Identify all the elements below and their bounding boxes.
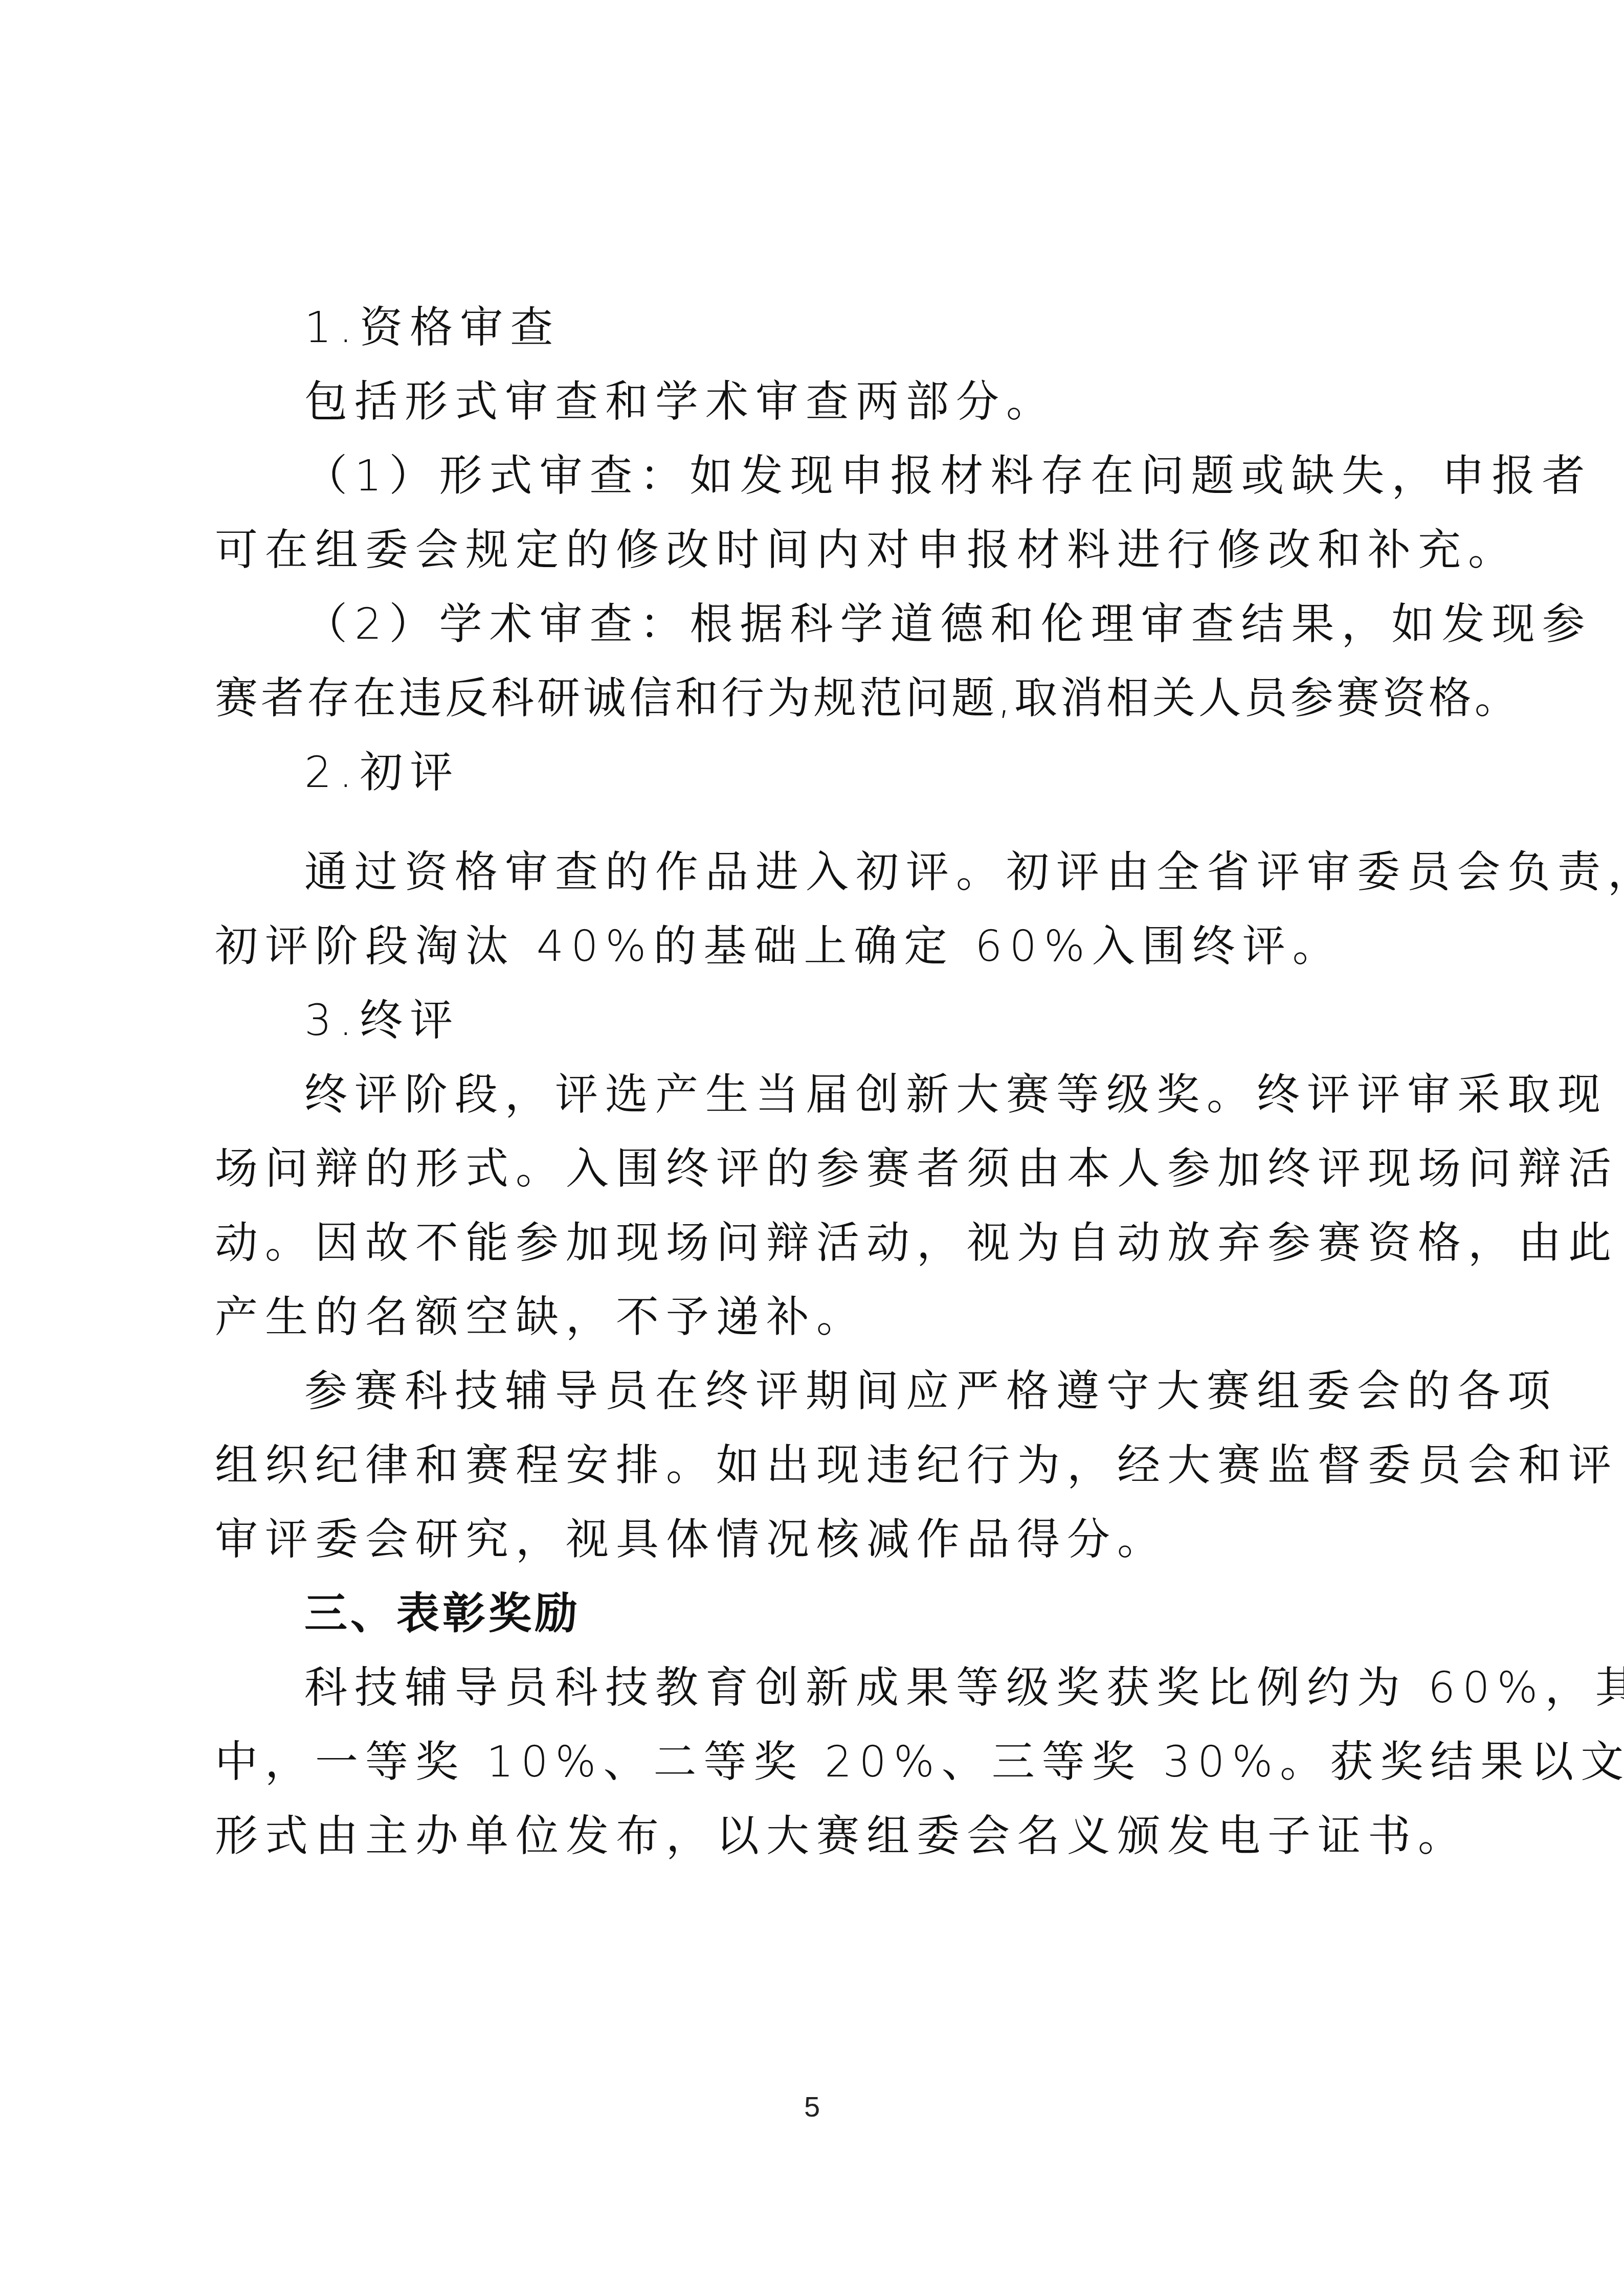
paragraph-line: 科技辅导员科技教育创新成果等级奖获奖比例约为 60%，其 xyxy=(304,1662,1412,1713)
subheading-final-review: 3.终评 xyxy=(304,995,1501,1046)
paragraph-line: 组织纪律和赛程安排。如出现违纪行为，经大赛监督委员会和评 xyxy=(215,1439,1412,1491)
paragraph-line: 可在组委会规定的修改时间内对申报材料进行修改和补充。 xyxy=(215,524,1412,575)
paragraph-line: （2）学术审查：根据科学道德和伦理审查结果，如发现参 xyxy=(304,598,1412,649)
paragraph-line: 通过资格审查的作品进入初评。初评由全省评审委员会负责， xyxy=(304,846,1412,897)
section-heading-awards: 三、表彰奖励 xyxy=(304,1588,1501,1639)
paragraph-line: 包括形式审查和学术审查两部分。 xyxy=(304,376,1501,427)
paragraph-line: 中，一等奖 10%、二等奖 20%、三等奖 30%。获奖结果以文件的 xyxy=(215,1736,1412,1787)
subheading-preliminary-review: 2.初评 xyxy=(304,747,1501,798)
paragraph-line: 赛者存在违反科研诚信和行为规范问题,取消相关人员参赛资格。 xyxy=(215,672,1412,724)
paragraph-line: 参赛科技辅导员在终评期间应严格遵守大赛组委会的各项 xyxy=(304,1365,1412,1416)
paragraph-line: 产生的名额空缺，不予递补。 xyxy=(215,1291,1412,1342)
paragraph-line: 初评阶段淘汰 40%的基础上确定 60%入围终评。 xyxy=(215,920,1412,972)
paragraph-line: 形式由主办单位发布，以大赛组委会名义颁发电子证书。 xyxy=(215,1810,1412,1861)
paragraph-line: 审评委会研究，视具体情况核减作品得分。 xyxy=(215,1514,1412,1565)
page-number: 5 xyxy=(0,2089,1624,2125)
subheading-qualification-review: 1.资格审查 xyxy=(304,302,1501,353)
document-page: 1.资格审查 包括形式审查和学术审查两部分。 （1）形式审查：如发现申报材料存在… xyxy=(0,0,1624,2296)
paragraph-line: （1）形式审查：如发现申报材料存在问题或缺失，申报者 xyxy=(304,450,1412,501)
paragraph-line: 终评阶段，评选产生当届创新大赛等级奖。终评评审采取现 xyxy=(304,1069,1412,1120)
paragraph-line: 场问辩的形式。入围终评的参赛者须由本人参加终评现场问辩活 xyxy=(215,1143,1412,1194)
paragraph-line: 动。因故不能参加现场问辩活动，视为自动放弃参赛资格，由此 xyxy=(215,1217,1412,1268)
